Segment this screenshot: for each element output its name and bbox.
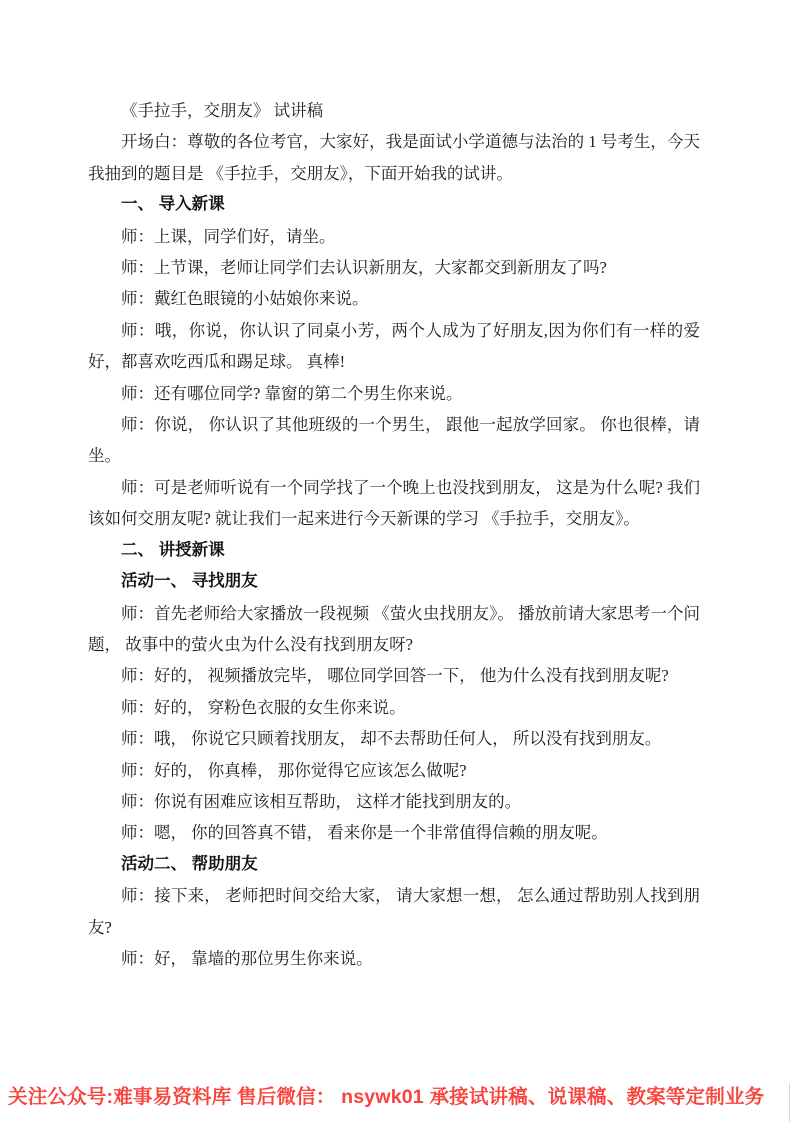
paragraph-opening: 开场白：尊敬的各位考官，大家好，我是面试小学道德与法治的 1 号考生，今天 我抽… — [88, 126, 700, 189]
paragraph: 师：还有哪位同学? 靠窗的第二个男生你来说。 — [88, 378, 700, 409]
section-heading-activity-2: 活动二、 帮助朋友 — [88, 849, 700, 880]
paragraph: 师：你说有困难应该相互帮助， 这样才能找到朋友的。 — [88, 786, 700, 817]
section-heading-lead-in: 一、 导入新课 — [88, 189, 700, 220]
paragraph: 师：接下来， 老师把时间交给大家， 请大家想一想， 怎么通过帮助别人找到朋友? — [88, 880, 700, 943]
paragraph: 师：好的， 视频播放完毕， 哪位同学回答一下， 他为什么没有找到朋友呢? — [88, 660, 700, 691]
paragraph: 师：可是老师听说有一个同学找了一个晚上也没找到朋友， 这是为什么呢? 我们 该如… — [88, 472, 700, 535]
paragraph: 师：你说， 你认识了其他班级的一个男生， 跟他一起放学回家。 你也很棒，请坐。 — [88, 409, 700, 472]
document-page: 《手拉手，交朋友》 试讲稿 开场白：尊敬的各位考官，大家好，我是面试小学道德与法… — [0, 0, 793, 1122]
page-edge-artifact-line — [789, 1083, 790, 1122]
paragraph: 师：上课，同学们好，请坐。 — [88, 221, 700, 252]
paragraph: 师：首先老师给大家播放一段视频 《萤火虫找朋友》。 播放前请大家思考一个问 题，… — [88, 598, 700, 661]
section-heading-new-lesson: 二、 讲授新课 — [88, 535, 700, 566]
document-text-area: 《手拉手，交朋友》 试讲稿 开场白：尊敬的各位考官，大家好，我是面试小学道德与法… — [88, 95, 700, 974]
paragraph: 师：哦， 你说它只顾着找朋友， 却不去帮助任何人， 所以没有找到朋友。 — [88, 723, 700, 754]
footer-promo-banner: 关注公众号:难事易资料库 售后微信： nsywk01 承接试讲稿、说课稿、教案等… — [8, 1084, 788, 1110]
paragraph: 师：嗯， 你的回答真不错， 看来你是一个非常值得信赖的朋友呢。 — [88, 817, 700, 848]
document-title: 《手拉手，交朋友》 试讲稿 — [88, 95, 700, 126]
paragraph: 师：哦，你说，你认识了同桌小芳，两个人成为了好朋友,因为你们有一样的爱好，都喜欢… — [88, 315, 700, 378]
paragraph: 师：戴红色眼镜的小姑娘你来说。 — [88, 283, 700, 314]
paragraph: 师：好， 靠墙的那位男生你来说。 — [88, 943, 700, 974]
paragraph: 师：好的， 你真棒， 那你觉得它应该怎么做呢? — [88, 755, 700, 786]
section-heading-activity-1: 活动一、 寻找朋友 — [88, 566, 700, 597]
paragraph: 师：上节课，老师让同学们去认识新朋友，大家都交到新朋友了吗? — [88, 252, 700, 283]
paragraph: 师：好的， 穿粉色衣服的女生你来说。 — [88, 692, 700, 723]
